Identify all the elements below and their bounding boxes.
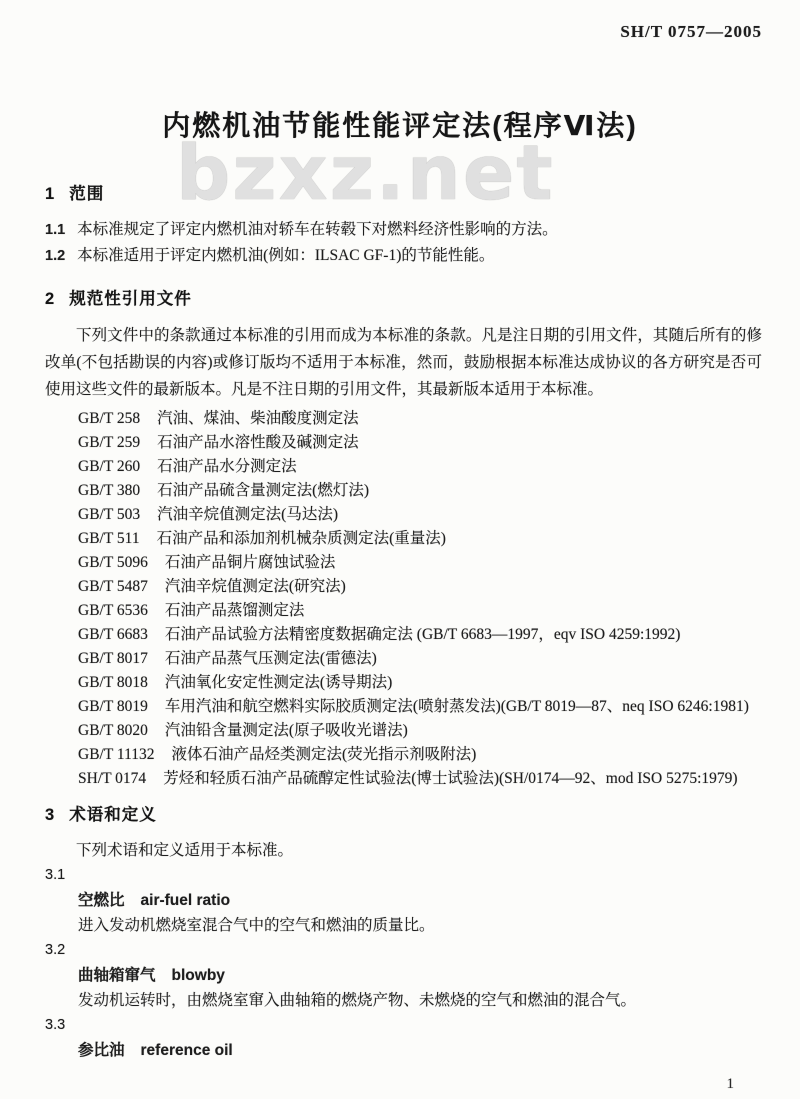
term-definition: 发动机运转时，由燃烧室窜入曲轴箱的燃烧产物、未燃烧的空气和燃油的混合气。 xyxy=(45,988,762,1013)
reference-code: GB/T 503 xyxy=(78,506,140,523)
clause-text: 本标准适用于评定内燃机油(例如：ILSAC GF-1)的节能性能。 xyxy=(77,247,494,264)
term-number: 3.1 xyxy=(45,863,762,888)
term-definition: 进入发动机燃烧室混合气中的空气和燃油的质量比。 xyxy=(45,913,762,938)
term-3-2: 3.2 曲轴箱窜气blowby 发动机运转时，由燃烧室窜入曲轴箱的燃烧产物、未燃… xyxy=(45,938,762,1013)
reference-item: GB/T 5096石油产品铜片腐蚀试验法 xyxy=(45,551,762,575)
reference-item: GB/T 511石油产品和添加剂机械杂质测定法(重量法) xyxy=(45,527,762,551)
document-body: 1范围 1.1本标准规定了评定内燃机油对轿车在转毂下对燃料经济性影响的方法。 1… xyxy=(45,180,762,1063)
section-1-number: 1 xyxy=(45,185,55,203)
term-name: 曲轴箱窜气blowby xyxy=(45,963,762,988)
term-name: 参比油reference oil xyxy=(45,1038,762,1063)
reference-title: 汽油辛烷值测定法(马达法) xyxy=(157,506,338,523)
reference-item: GB/T 5487汽油辛烷值测定法(研究法) xyxy=(45,575,762,599)
reference-code: GB/T 260 xyxy=(78,458,140,475)
term-name-en: blowby xyxy=(172,967,225,984)
reference-title: 石油产品试验方法精密度数据确定法 (GB/T 6683—1997，eqv ISO… xyxy=(165,626,681,643)
reference-title: 汽油辛烷值测定法(研究法) xyxy=(165,578,346,595)
standard-number: SH/T 0757—2005 xyxy=(620,22,762,42)
section-2-title: 规范性引用文件 xyxy=(69,290,192,308)
reference-code: GB/T 8019 xyxy=(78,698,148,715)
reference-item: GB/T 8020汽油铅含量测定法(原子吸收光谱法) xyxy=(45,719,762,743)
section-3-title: 术语和定义 xyxy=(69,806,157,824)
clause-number: 1.2 xyxy=(45,248,65,264)
reference-code: GB/T 511 xyxy=(78,530,140,547)
reference-item: GB/T 260石油产品水分测定法 xyxy=(45,455,762,479)
term-name-en: air-fuel ratio xyxy=(141,892,231,909)
section-3-heading: 3术语和定义 xyxy=(45,801,762,825)
reference-code: GB/T 5487 xyxy=(78,578,148,595)
reference-item: GB/T 6683石油产品试验方法精密度数据确定法 (GB/T 6683—199… xyxy=(45,623,762,647)
reference-code: GB/T 6683 xyxy=(78,626,148,643)
reference-code: GB/T 8018 xyxy=(78,674,148,691)
reference-title: 液体石油产品烃类测定法(荧光指示剂吸附法) xyxy=(172,746,477,763)
reference-title: 石油产品蒸馏测定法 xyxy=(165,602,305,619)
reference-title: 汽油铅含量测定法(原子吸收光谱法) xyxy=(165,722,408,739)
reference-title: 汽油氧化安定性测定法(诱导期法) xyxy=(165,674,392,691)
reference-item: GB/T 6536石油产品蒸馏测定法 xyxy=(45,599,762,623)
clause-1-1: 1.1本标准规定了评定内燃机油对轿车在转毂下对燃料经济性影响的方法。 xyxy=(45,217,762,243)
reference-code: SH/T 0174 xyxy=(78,770,146,787)
reference-title: 石油产品硫含量测定法(燃灯法) xyxy=(157,482,369,499)
document-title: 内燃机油节能性能评定法(程序Ⅵ法) xyxy=(0,104,800,144)
section-1-heading: 1范围 xyxy=(45,180,762,204)
section-2-heading: 2规范性引用文件 xyxy=(45,285,762,309)
reference-title: 石油产品蒸气压测定法(雷德法) xyxy=(165,650,377,667)
page-number: 1 xyxy=(727,1076,735,1093)
term-name-en: reference oil xyxy=(141,1042,233,1059)
term-name-zh: 空燃比 xyxy=(78,892,125,909)
clause-text: 本标准规定了评定内燃机油对轿车在转毂下对燃料经济性影响的方法。 xyxy=(77,221,558,238)
clause-1-2: 1.2本标准适用于评定内燃机油(例如：ILSAC GF-1)的节能性能。 xyxy=(45,243,762,269)
term-name-zh: 参比油 xyxy=(78,1042,125,1059)
reference-item: GB/T 380石油产品硫含量测定法(燃灯法) xyxy=(45,479,762,503)
reference-code: GB/T 259 xyxy=(78,434,140,451)
reference-code: GB/T 380 xyxy=(78,482,140,499)
reference-title: 石油产品水分测定法 xyxy=(157,458,297,475)
term-3-3: 3.3 参比油reference oil xyxy=(45,1013,762,1063)
reference-code: GB/T 6536 xyxy=(78,602,148,619)
reference-code: GB/T 258 xyxy=(78,410,140,427)
reference-title: 石油产品水溶性酸及碱测定法 xyxy=(157,434,359,451)
reference-title: 汽油、煤油、柴油酸度测定法 xyxy=(157,410,359,427)
term-3-1: 3.1 空燃比air-fuel ratio 进入发动机燃烧室混合气中的空气和燃油… xyxy=(45,863,762,938)
reference-title: 车用汽油和航空燃料实际胶质测定法(喷射蒸发法)(GB/T 8019—87、neq… xyxy=(165,698,749,715)
reference-title: 芳烃和轻质石油产品硫醇定性试验法(博士试验法)(SH/0174—92、mod I… xyxy=(163,770,737,787)
reference-item: GB/T 503汽油辛烷值测定法(马达法) xyxy=(45,503,762,527)
reference-item: GB/T 11132液体石油产品烃类测定法(荧光指示剂吸附法) xyxy=(45,743,762,767)
section-3-number: 3 xyxy=(45,806,55,824)
reference-code: GB/T 8020 xyxy=(78,722,148,739)
term-number: 3.3 xyxy=(45,1013,762,1038)
reference-title: 石油产品和添加剂机械杂质测定法(重量法) xyxy=(157,530,446,547)
normative-references-list: GB/T 258汽油、煤油、柴油酸度测定法 GB/T 259石油产品水溶性酸及碱… xyxy=(45,407,762,791)
section-1-title: 范围 xyxy=(69,185,104,203)
reference-code: GB/T 8017 xyxy=(78,650,148,667)
section-2-number: 2 xyxy=(45,290,55,308)
reference-item: GB/T 259石油产品水溶性酸及碱测定法 xyxy=(45,431,762,455)
term-number: 3.2 xyxy=(45,938,762,963)
reference-item: GB/T 258汽油、煤油、柴油酸度测定法 xyxy=(45,407,762,431)
reference-item: SH/T 0174芳烃和轻质石油产品硫醇定性试验法(博士试验法)(SH/0174… xyxy=(45,767,762,791)
reference-item: GB/T 8019车用汽油和航空燃料实际胶质测定法(喷射蒸发法)(GB/T 80… xyxy=(45,695,762,719)
references-intro-paragraph: 下列文件中的条款通过本标准的引用而成为本标准的条款。凡是注日期的引用文件，其随后… xyxy=(45,322,762,403)
reference-code: GB/T 11132 xyxy=(78,746,155,763)
term-name: 空燃比air-fuel ratio xyxy=(45,888,762,913)
document-page: SH/T 0757—2005 bzxz.net 内燃机油节能性能评定法(程序Ⅵ法… xyxy=(0,0,800,1099)
reference-title: 石油产品铜片腐蚀试验法 xyxy=(165,554,336,571)
clause-number: 1.1 xyxy=(45,222,65,238)
reference-item: GB/T 8017石油产品蒸气压测定法(雷德法) xyxy=(45,647,762,671)
reference-code: GB/T 5096 xyxy=(78,554,148,571)
terms-intro: 下列术语和定义适用于本标准。 xyxy=(45,838,762,863)
reference-item: GB/T 8018汽油氧化安定性测定法(诱导期法) xyxy=(45,671,762,695)
term-name-zh: 曲轴箱窜气 xyxy=(78,967,156,984)
